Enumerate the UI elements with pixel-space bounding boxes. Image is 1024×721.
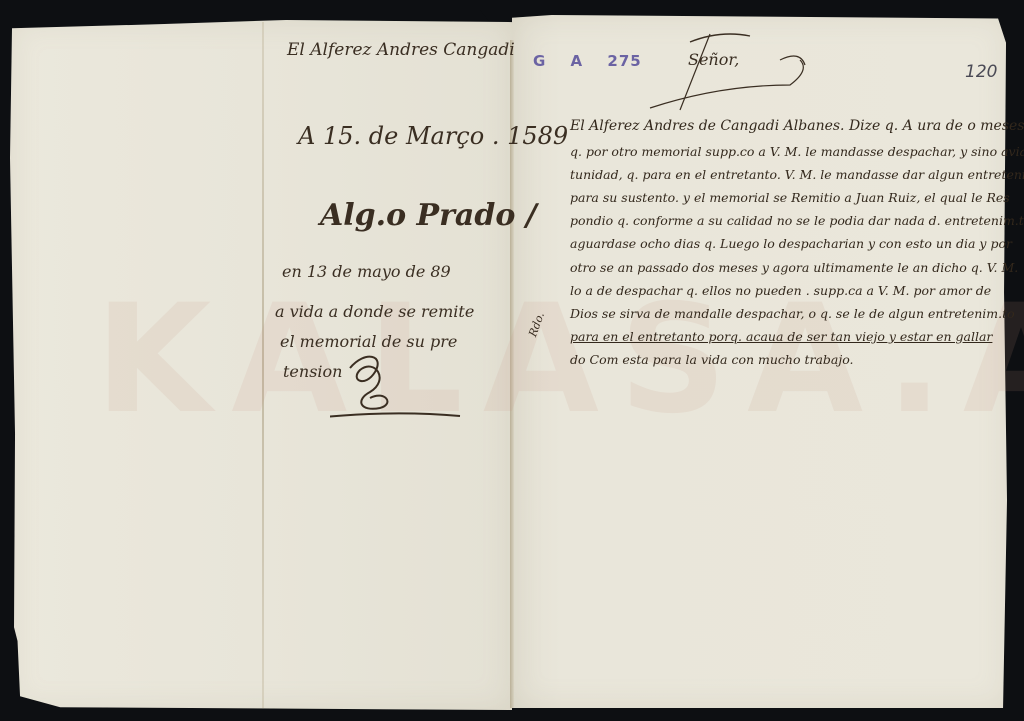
petition-line-8: lo a de despachar q. ellos no pueden . s… bbox=[570, 283, 991, 298]
folio-number: 120 bbox=[965, 62, 997, 82]
petition-line-6: aguardase ocho dias q. Luego lo despacha… bbox=[570, 236, 1012, 251]
petition-line-1: El Alferez Andres de Cangadi Albanes. Di… bbox=[570, 118, 1024, 134]
left-page-date: A 15. de Março . 1589 bbox=[298, 122, 568, 150]
petition-line-9: Dios se sirva de mandalle despachar, o q… bbox=[570, 306, 1015, 321]
stamp-letter-a: A bbox=[571, 52, 584, 70]
petition-line-3: tunidad, q. para en el entretanto. V. M.… bbox=[570, 167, 1024, 182]
petition-line-5: pondio q. conforme a su calidad no se le… bbox=[570, 213, 1024, 228]
annotation-line-1: en 13 de mayo de 89 bbox=[282, 262, 451, 281]
left-page-fold-crease bbox=[262, 22, 264, 708]
petition-line-4: para su sustento. y el memorial se Remit… bbox=[570, 190, 1010, 205]
stamp-number: 275 bbox=[607, 52, 641, 70]
salutation: Señor, bbox=[688, 50, 739, 69]
salutation-flourish-icon bbox=[640, 30, 820, 120]
petition-line-2: q. por otro memorial supp.co a V. M. le … bbox=[570, 144, 1024, 159]
petition-line-11: do Com esta para la vida con mucho traba… bbox=[570, 352, 854, 367]
signature-block: Alg.o Prado / bbox=[320, 198, 537, 233]
rubric-signature-icon bbox=[330, 350, 470, 430]
annotation-line-3: el memorial de su pre bbox=[280, 332, 457, 351]
stamp-letter-g: G bbox=[533, 52, 546, 70]
left-page-header: El Alferez Andres Cangadi bbox=[287, 40, 515, 60]
annotation-line-2: a vida a donde se remite bbox=[275, 302, 474, 321]
petition-line-7: otro se an passado dos meses y agora ult… bbox=[570, 260, 1018, 275]
petition-line-10: para en el entretanto porq. acaua de ser… bbox=[570, 329, 992, 344]
